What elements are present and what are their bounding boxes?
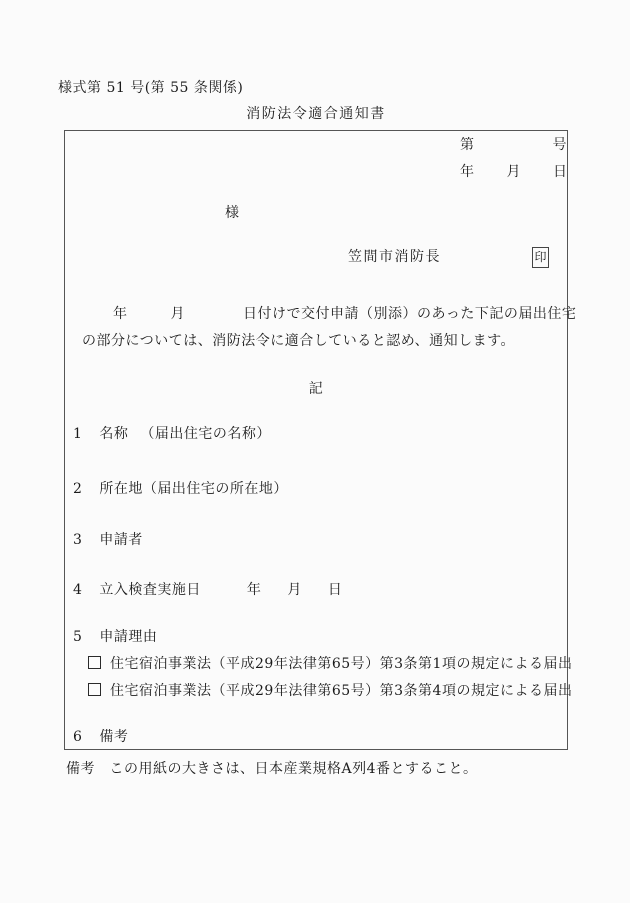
document-number-line: 第号 bbox=[460, 137, 567, 153]
item-2-location: 2所在地（届出住宅の所在地） bbox=[73, 481, 288, 497]
checkbox-option-1-label: 住宅宿泊事業法（平成29年法律第65号）第3条第1項の規定による届出 bbox=[110, 656, 572, 672]
blank-month-label: 月 bbox=[171, 306, 186, 322]
month-label: 月 bbox=[507, 164, 522, 180]
issue-date-line: 年月日 bbox=[460, 164, 568, 180]
item-4-number: 4 bbox=[73, 582, 82, 598]
checkbox-option-1: 住宅宿泊事業法（平成29年法律第65号）第3条第1項の規定による届出 bbox=[88, 656, 572, 672]
item-6-number: 6 bbox=[73, 729, 82, 745]
item-3-applicant: 3申請者 bbox=[73, 532, 143, 548]
item-4-month-label: 月 bbox=[287, 582, 302, 598]
spacer bbox=[201, 593, 247, 594]
form-id: 様式第 51 号(第 55 条関係) bbox=[58, 80, 243, 96]
checkbox-icon[interactable] bbox=[88, 683, 101, 696]
body-paragraph-line-2: の部分については、消防法令に適合していると認め、通知します。 bbox=[82, 333, 515, 349]
paper-size-footnote: 備考 この用紙の大きさは、日本産業規格A列4番とすること。 bbox=[66, 761, 478, 777]
spacer bbox=[128, 317, 171, 318]
spacer bbox=[185, 317, 243, 318]
spacer bbox=[521, 175, 553, 176]
document-title: 消防法令適合通知書 bbox=[64, 106, 568, 122]
spacer bbox=[82, 593, 99, 594]
spacer bbox=[302, 593, 328, 594]
item-2-label: 所在地（届出住宅の所在地） bbox=[99, 481, 288, 497]
spacer bbox=[82, 317, 113, 318]
checkbox-option-2-label: 住宅宿泊事業法（平成29年法律第65号）第3条第4項の規定による届出 bbox=[110, 683, 572, 699]
item-5-number: 5 bbox=[73, 629, 82, 645]
recipient-honorific: 様 bbox=[225, 205, 240, 221]
item-3-number: 3 bbox=[73, 532, 82, 548]
item-4-inspection-date: 4立入検査実施日年月日 bbox=[73, 582, 342, 598]
doc-number-suffix: 号 bbox=[553, 137, 568, 153]
spacer bbox=[82, 492, 99, 493]
body-text-1: 日付けで交付申請（別添）のあった下記の届出住宅 bbox=[243, 306, 576, 322]
year-label: 年 bbox=[460, 164, 475, 180]
item-2-number: 2 bbox=[73, 481, 82, 497]
body-paragraph-line-1: 年月日付けで交付申請（別添）のあった下記の届出住宅 bbox=[82, 306, 576, 322]
spacer bbox=[82, 640, 99, 641]
seal-box: 印 bbox=[532, 247, 549, 268]
ki-heading: 記 bbox=[64, 381, 568, 397]
item-5-label: 申請理由 bbox=[99, 629, 157, 645]
spacer bbox=[128, 437, 140, 438]
issuer-name: 笠間市消防長 bbox=[348, 249, 441, 265]
item-6-label: 備考 bbox=[99, 729, 128, 745]
item-1-name: 1名称（届出住宅の名称） bbox=[73, 426, 271, 442]
item-1-detail: （届出住宅の名称） bbox=[140, 426, 271, 442]
spacer bbox=[475, 175, 507, 176]
item-6-remarks: 6備考 bbox=[73, 729, 128, 745]
item-4-label: 立入検査実施日 bbox=[99, 582, 201, 598]
blank-year-label: 年 bbox=[113, 306, 128, 322]
spacer bbox=[82, 740, 99, 741]
item-5-application-reason: 5申請理由 bbox=[73, 629, 157, 645]
document-page: 様式第 51 号(第 55 条関係) 消防法令適合通知書 第号 年月日 様 笠間… bbox=[0, 0, 630, 903]
spacer bbox=[261, 593, 287, 594]
doc-number-prefix: 第 bbox=[460, 137, 475, 153]
item-1-number: 1 bbox=[73, 426, 82, 442]
checkbox-icon[interactable] bbox=[88, 656, 101, 669]
spacer bbox=[475, 148, 553, 149]
item-1-label: 名称 bbox=[99, 426, 128, 442]
spacer bbox=[82, 543, 99, 544]
day-label: 日 bbox=[553, 164, 568, 180]
item-4-day-label: 日 bbox=[328, 582, 343, 598]
item-3-label: 申請者 bbox=[99, 532, 143, 548]
spacer bbox=[82, 437, 99, 438]
item-4-year-label: 年 bbox=[247, 582, 262, 598]
checkbox-option-2: 住宅宿泊事業法（平成29年法律第65号）第3条第4項の規定による届出 bbox=[88, 683, 572, 699]
